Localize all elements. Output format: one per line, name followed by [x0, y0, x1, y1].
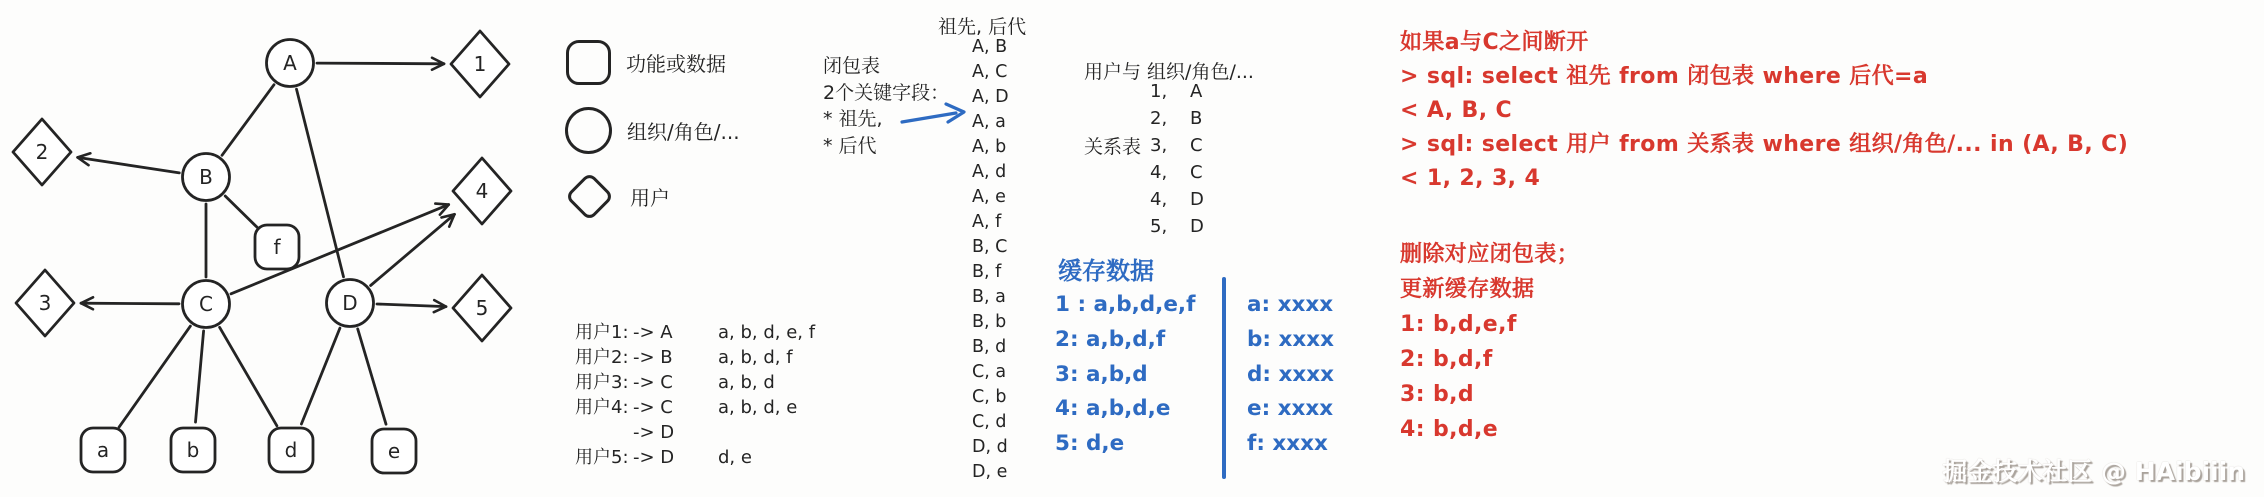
cache-left-row: 4: a,b,d,e	[1055, 392, 1195, 427]
watermark: 掘金技术社区 @ HAibiiin	[1942, 452, 2245, 488]
cache-right-row: e: xxxx	[1247, 392, 1334, 427]
closure-row: C, d	[972, 410, 1009, 435]
update-line: 3: b,d	[1400, 377, 1579, 412]
cache-right-row: f: xxxx	[1247, 427, 1334, 462]
graph-edge-D-d	[301, 328, 340, 424]
graph-node-1: 1	[451, 31, 509, 97]
closure-row: A, e	[972, 185, 1009, 210]
graph-edge-D-5	[377, 304, 446, 307]
whiteboard: ABCD12345fabde 功能或数据 组织/角色/... 用户 闭包表2个关…	[0, 0, 2264, 497]
graph-edge-C-d	[220, 327, 277, 426]
cache-right-row: b: xxxx	[1247, 323, 1334, 358]
user-perm-perms	[718, 420, 815, 445]
graph-edge-C-a	[119, 326, 190, 427]
closure-row: A, D	[972, 85, 1009, 110]
relation-row: 2, B	[1150, 105, 1204, 132]
svg-text:A: A	[283, 51, 297, 75]
svg-text:a: a	[97, 438, 109, 462]
cache-left-row: 1 : a,b,d,e,f	[1055, 288, 1195, 323]
cache-left-row: 3: a,b,d	[1055, 358, 1195, 393]
sql-line: < 1, 2, 3, 4	[1400, 162, 2128, 196]
closure-row: C, a	[972, 360, 1009, 385]
user-perm-target: -> A	[633, 320, 718, 345]
relation-row: 4, D	[1150, 186, 1204, 213]
svg-text:C: C	[199, 292, 213, 316]
update-note-lines: 删除对应闭包表；更新缓存数据1: b,d,e,f2: b,d,f3: b,d4:…	[1400, 237, 1579, 447]
legend-item-function-data: 功能或数据	[566, 40, 726, 85]
cache-right-rows: a: xxxxb: xxxxd: xxxxe: xxxxf: xxxx	[1247, 288, 1334, 462]
closure-table-rows: A, BA, CA, DA, aA, bA, dA, eA, fB, CB, f…	[972, 35, 1009, 485]
graph-node-5: 5	[453, 275, 511, 341]
closure-row: C, b	[972, 385, 1009, 410]
graph-edge-C-b	[196, 331, 204, 422]
relation-row: 4, C	[1150, 159, 1204, 186]
cache-left-row: 2: a,b,d,f	[1055, 323, 1195, 358]
note-line: * 后代	[823, 133, 949, 160]
svg-text:4: 4	[476, 179, 489, 203]
sql-line: 如果a与C之间断开	[1400, 26, 2128, 60]
graph-edge-D-e	[358, 329, 386, 424]
graph-edge-A-D	[297, 89, 344, 277]
user-perm-perms: a, b, d	[718, 370, 815, 395]
closure-row: B, f	[972, 260, 1009, 285]
cache-left-rows: 1 : a,b,d,e,f2: a,b,d,f3: a,b,d4: a,b,d,…	[1055, 288, 1195, 462]
graph-node-B: B	[183, 154, 230, 201]
closure-row: D, e	[972, 460, 1009, 485]
cache-divider	[1222, 277, 1226, 479]
closure-row: B, b	[972, 310, 1009, 335]
user-perm-target: -> D	[633, 420, 718, 445]
graph-node-b: b	[171, 428, 215, 472]
relation-row: 3, C	[1150, 132, 1204, 159]
graph-node-d: d	[269, 428, 313, 472]
user-perm-target: -> C	[633, 395, 718, 420]
legend-label: 功能或数据	[626, 48, 726, 77]
graph-node-C: C	[183, 281, 230, 328]
svg-text:2: 2	[36, 140, 49, 164]
graph-node-A: A	[267, 40, 314, 87]
svg-text:B: B	[199, 165, 213, 189]
user-perm-perms: a, b, d, e	[718, 395, 815, 420]
closure-row: A, C	[972, 60, 1009, 85]
cache-right-row: a: xxxx	[1247, 288, 1334, 323]
user-perm-user: 用户5:	[575, 445, 633, 470]
user-perm-perms: d, e	[718, 445, 815, 470]
closure-row: B, d	[972, 335, 1009, 360]
pointer-arrow-icon	[898, 102, 978, 130]
graph-node-2: 2	[13, 119, 71, 185]
update-line: 删除对应闭包表；	[1400, 237, 1579, 272]
user-perm-user	[575, 420, 633, 445]
svg-text:D: D	[342, 291, 357, 315]
legend-item-org-role: 组织/角色/...	[565, 107, 740, 154]
closure-row: B, C	[972, 235, 1009, 260]
graph-node-f: f	[255, 225, 299, 269]
user-perm-user: 用户3:	[575, 370, 633, 395]
diamond-icon	[563, 170, 615, 222]
svg-text:b: b	[187, 438, 200, 462]
user-perms: 用户1:-> Aa, b, d, e, f用户2:-> Ba, b, d, f用…	[575, 320, 815, 470]
closure-row: B, a	[972, 285, 1009, 310]
update-line: 更新缓存数据	[1400, 272, 1579, 307]
user-perm-target: -> B	[633, 345, 718, 370]
cache-right-row: d: xxxx	[1247, 358, 1334, 393]
graph-node-D: D	[327, 280, 374, 327]
sql-note-lines: 如果a与C之间断开> sql: select 祖先 from 闭包表 where…	[1400, 26, 2128, 196]
graph-edge-D-4	[371, 214, 455, 285]
update-line: 2: b,d,f	[1400, 342, 1579, 377]
svg-text:e: e	[388, 439, 400, 463]
user-perm-user: 用户4:	[575, 395, 633, 420]
user-perm-perms: a, b, d, f	[718, 345, 815, 370]
user-perm-target: -> C	[633, 370, 718, 395]
cache-left-row: 5: d,e	[1055, 427, 1195, 462]
graph-edge-A-B	[222, 85, 274, 156]
graph-edge-B-2	[78, 157, 180, 173]
legend-item-user: 用户	[563, 170, 670, 222]
closure-row: D, d	[972, 435, 1009, 460]
sql-line: < A, B, C	[1400, 94, 2128, 128]
closure-row: A, d	[972, 160, 1009, 185]
sql-line: > sql: select 祖先 from 闭包表 where 后代=a	[1400, 60, 2128, 94]
sql-line: > sql: select 用户 from 关系表 where 组织/角色/..…	[1400, 128, 2128, 162]
user-perm-target: -> D	[633, 445, 718, 470]
rounded-square-icon	[566, 40, 611, 85]
legend-label: 组织/角色/...	[627, 116, 740, 145]
graph-node-4: 4	[453, 158, 511, 224]
user-perm-user: 用户2:	[575, 345, 633, 370]
graph-node-e: e	[372, 429, 416, 473]
relation-row: 5, D	[1150, 213, 1204, 240]
circle-icon	[565, 107, 612, 154]
relation-row: 1, A	[1150, 78, 1204, 105]
user-perm-perms: a, b, d, e, f	[718, 320, 815, 345]
closure-row: A, a	[972, 110, 1009, 135]
svg-text:1: 1	[474, 52, 487, 76]
graph-edge-B-f	[225, 196, 257, 227]
graph-edge-C-3	[81, 303, 179, 304]
update-line: 1: b,d,e,f	[1400, 307, 1579, 342]
graph-node-a: a	[81, 428, 125, 472]
update-line: 4: b,d,e	[1400, 412, 1579, 447]
note-line: 闭包表	[823, 53, 949, 80]
graph-edge-A-1	[317, 63, 444, 64]
graph-node-3: 3	[16, 270, 74, 336]
user-perm-user: 用户1:	[575, 320, 633, 345]
svg-text:3: 3	[39, 291, 52, 315]
closure-row: A, f	[972, 210, 1009, 235]
relation-table-rows: 1, A2, B3, C4, C4, D5, D	[1150, 78, 1204, 240]
cache-title: 缓存数据	[1058, 251, 1154, 286]
closure-row: A, b	[972, 135, 1009, 160]
graph-svg: ABCD12345fabde	[0, 0, 560, 497]
svg-text:5: 5	[476, 296, 489, 320]
svg-text:d: d	[285, 438, 298, 462]
legend-label: 用户	[630, 182, 670, 211]
svg-text:f: f	[273, 235, 281, 259]
closure-row: A, B	[972, 35, 1009, 60]
